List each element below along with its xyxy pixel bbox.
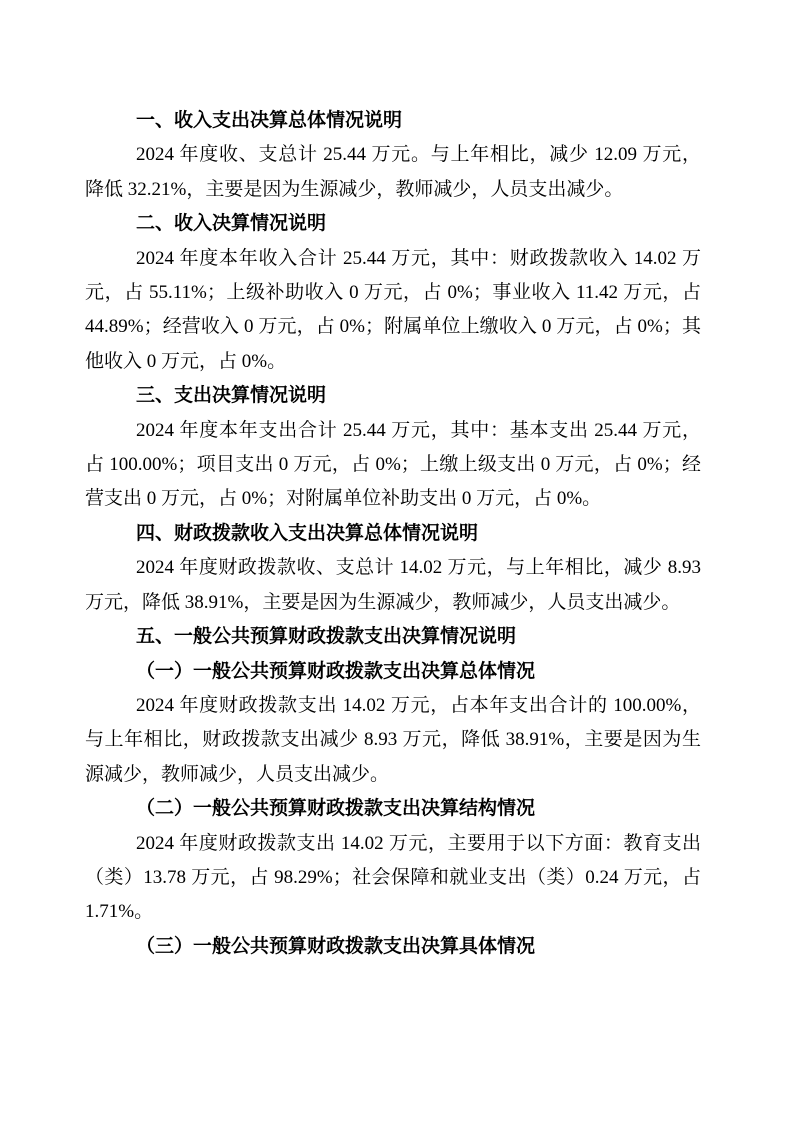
section-5-subheading-3: （三）一般公共预算财政拨款支出决算具体情况	[85, 930, 701, 964]
section-3-paragraph: 2024 年度本年支出合计 25.44 万元，其中：基本支出 25.44 万元，…	[85, 414, 701, 517]
section-4-paragraph: 2024 年度财政拨款收、支总计 14.02 万元，与上年相比，减少 8.93 …	[85, 551, 701, 620]
section-2-heading: 二、收入决算情况说明	[85, 207, 701, 241]
section-1-heading: 一、收入支出决算总体情况说明	[85, 104, 701, 138]
section-1-paragraph: 2024 年度收、支总计 25.44 万元。与上年相比，减少 12.09 万元，…	[85, 138, 701, 207]
section-2-paragraph: 2024 年度本年收入合计 25.44 万元，其中：财政拨款收入 14.02 万…	[85, 242, 701, 380]
section-5-heading: 五、一般公共预算财政拨款支出决算情况说明	[85, 620, 701, 654]
section-5-subsection-1-paragraph: 2024 年度财政拨款支出 14.02 万元，占本年支出合计的 100.00%，…	[85, 689, 701, 792]
section-4-heading: 四、财政拨款收入支出决算总体情况说明	[85, 517, 701, 551]
section-3-heading: 三、支出决算情况说明	[85, 379, 701, 413]
document-page: 一、收入支出决算总体情况说明 2024 年度收、支总计 25.44 万元。与上年…	[0, 0, 793, 1122]
section-5-subheading-2: （二）一般公共预算财政拨款支出决算结构情况	[85, 792, 701, 826]
section-5-subsection-2-paragraph: 2024 年度财政拨款支出 14.02 万元，主要用于以下方面：教育支出（类）1…	[85, 827, 701, 930]
section-5-subheading-1: （一）一般公共预算财政拨款支出决算总体情况	[85, 655, 701, 689]
